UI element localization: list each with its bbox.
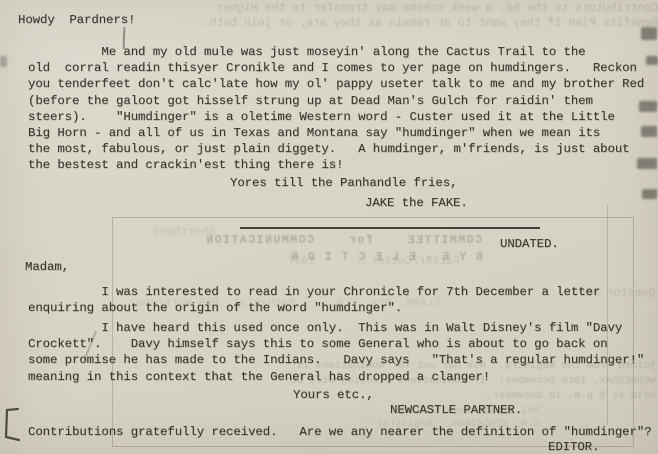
editor-bracket-mark <box>2 406 22 444</box>
letter2-paragraph-2: I have heard this used once only. This w… <box>28 320 644 385</box>
letter1-signoff: Yores till the Panhandle fries, <box>230 175 457 191</box>
bleedthrough-smudge <box>642 189 657 199</box>
bleedthrough-smudge <box>646 56 658 65</box>
letter1-salutation: Howdy Pardners! <box>18 12 135 28</box>
bleedthrough-line: Fitter/Cutter 1937 <box>130 255 460 269</box>
bleedthrough-smudge <box>0 56 7 67</box>
bleedthrough-line: COMMITTEE for COMMUNICATION <box>150 234 482 248</box>
letter2-paragraph-1: I was interested to read in your Chronic… <box>28 284 600 316</box>
letter2-signature: NEWCASTLE PARTNER. <box>390 402 522 418</box>
editor-signature: EDITOR. <box>548 439 599 454</box>
letter1-signature: JAKE the FAKE. <box>365 195 468 211</box>
bleedthrough-box-line <box>607 205 608 425</box>
letter2-salutation: Madam, <box>25 259 69 275</box>
editor-note: Contributions gratefully received. Are w… <box>28 424 652 440</box>
document-page: Contributors to the 5d. a week scheme ma… <box>0 0 658 454</box>
bleedthrough-line: Contributors to the 5d. a week scheme ma… <box>320 2 658 16</box>
letter2-dateline: UNDATED. <box>500 236 559 252</box>
bleedthrough-smudge <box>641 27 657 40</box>
bleedthrough-line: held at 5 p.m. 10 December. <box>418 389 656 403</box>
letter2-signoff: Yours etc., <box>293 387 374 403</box>
section-divider <box>240 227 540 229</box>
letter1-body: Me and my old mule was just moseyin' alo… <box>28 44 644 174</box>
bleedthrough-line: Benefits Plan if they want to or remain … <box>320 17 658 31</box>
